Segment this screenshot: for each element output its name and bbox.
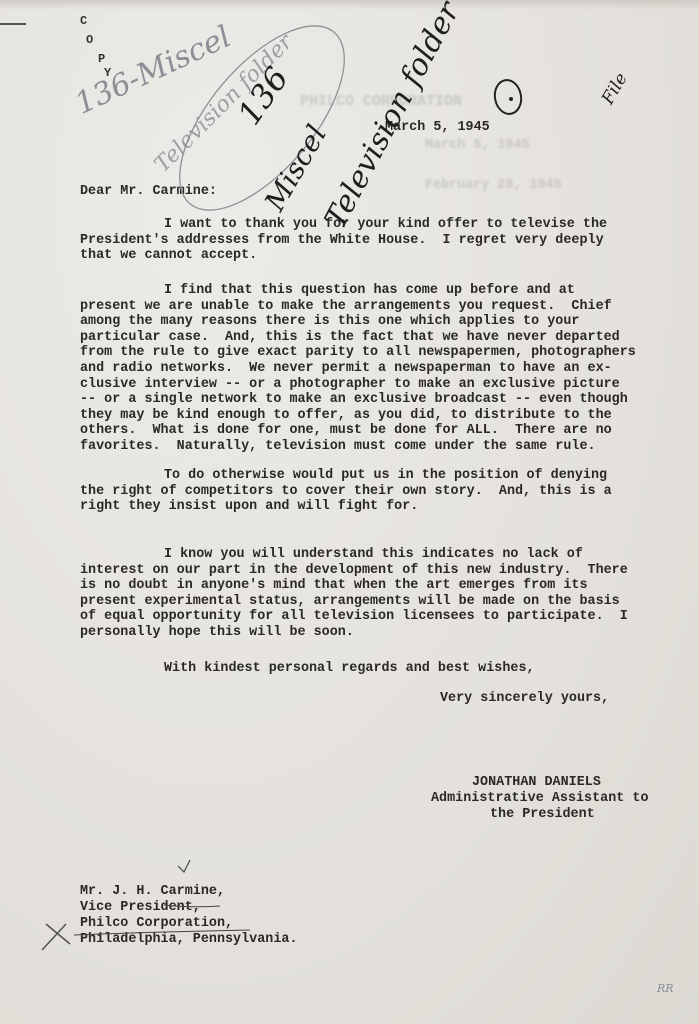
annotation-strokes [0, 0, 699, 1024]
pencil-note-bottom-right: RR [657, 982, 674, 995]
